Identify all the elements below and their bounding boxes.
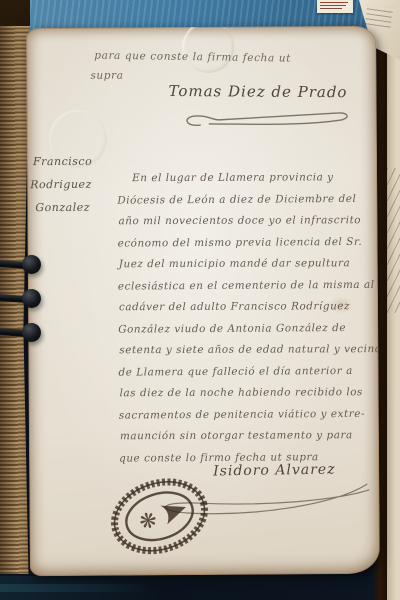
body-line: setenta y siete años de edad natural y v… <box>119 339 380 362</box>
photo-of-manuscript-book: para que conste la firma fecha ut supra … <box>0 0 400 600</box>
black-pin-clip <box>0 320 52 346</box>
body-line: eclesiástica en el cementerio de la mism… <box>118 274 380 297</box>
body-line: maunción sin otorgar testamento y para <box>120 425 380 448</box>
body-line: sacramentos de penitencia viático y extr… <box>119 403 380 426</box>
body-line: Juez del municipio mandé dar sepultura <box>119 253 380 276</box>
header-note-line2: supra <box>90 70 123 82</box>
signature-tomas-diez-de-prado: Tomas Diez de Prado <box>168 82 347 101</box>
body-line: Diócesis de León a diez de Diciembre del <box>117 188 379 211</box>
header-note-line1: para que conste la firma fecha ut <box>94 50 291 65</box>
clip-head <box>22 323 41 342</box>
body-line: ecónomo del mismo previa licencia del Sr… <box>118 231 380 254</box>
margin-line: Francisco <box>33 150 92 173</box>
manuscript-page: para que conste la firma fecha ut supra … <box>26 26 380 576</box>
clip-head <box>22 289 41 308</box>
signature-isidoro-alvarez: Isidoro Alvarez <box>213 462 336 480</box>
slip-print-line <box>320 8 342 9</box>
black-pin-clip <box>0 252 52 278</box>
black-pin-clip <box>0 286 52 312</box>
loose-paper-print-lines <box>365 4 394 27</box>
slip-print-line <box>320 2 348 3</box>
margin-line: Gonzalez <box>35 196 92 219</box>
embossed-seal-icon <box>182 26 234 73</box>
adjacent-page-writing <box>387 168 400 313</box>
body-line: de Llamera que falleció el día anterior … <box>118 360 379 383</box>
margin-line: Rodriguez <box>30 173 92 196</box>
stamp-wedge-emblem <box>160 498 189 524</box>
body-line: En el lugar de Llamera provincia y <box>118 167 380 190</box>
clip-head <box>22 255 41 274</box>
body-line: González viudo de Antonia González de <box>118 317 380 340</box>
signature-rubric-flourish-icon <box>179 106 359 133</box>
body-line: año mil novecientos doce yo el infrascri… <box>118 210 380 233</box>
slip-print-line <box>320 5 346 6</box>
body-line: cadáver del adulto Francisco Rodríguez <box>119 296 380 319</box>
adjacent-page-edge <box>387 36 400 600</box>
body-line: las diez de la noche habiendo recibido l… <box>120 382 380 405</box>
printed-slip-top <box>317 0 353 13</box>
burial-record-body: En el lugar de Llamera provincia y Dióce… <box>117 167 380 470</box>
teal-light-streak <box>0 584 150 592</box>
stamp-rosette-emblem: ❋ <box>136 507 160 535</box>
margin-name-of-deceased: Francisco Rodriguez Gonzalez <box>33 150 93 219</box>
